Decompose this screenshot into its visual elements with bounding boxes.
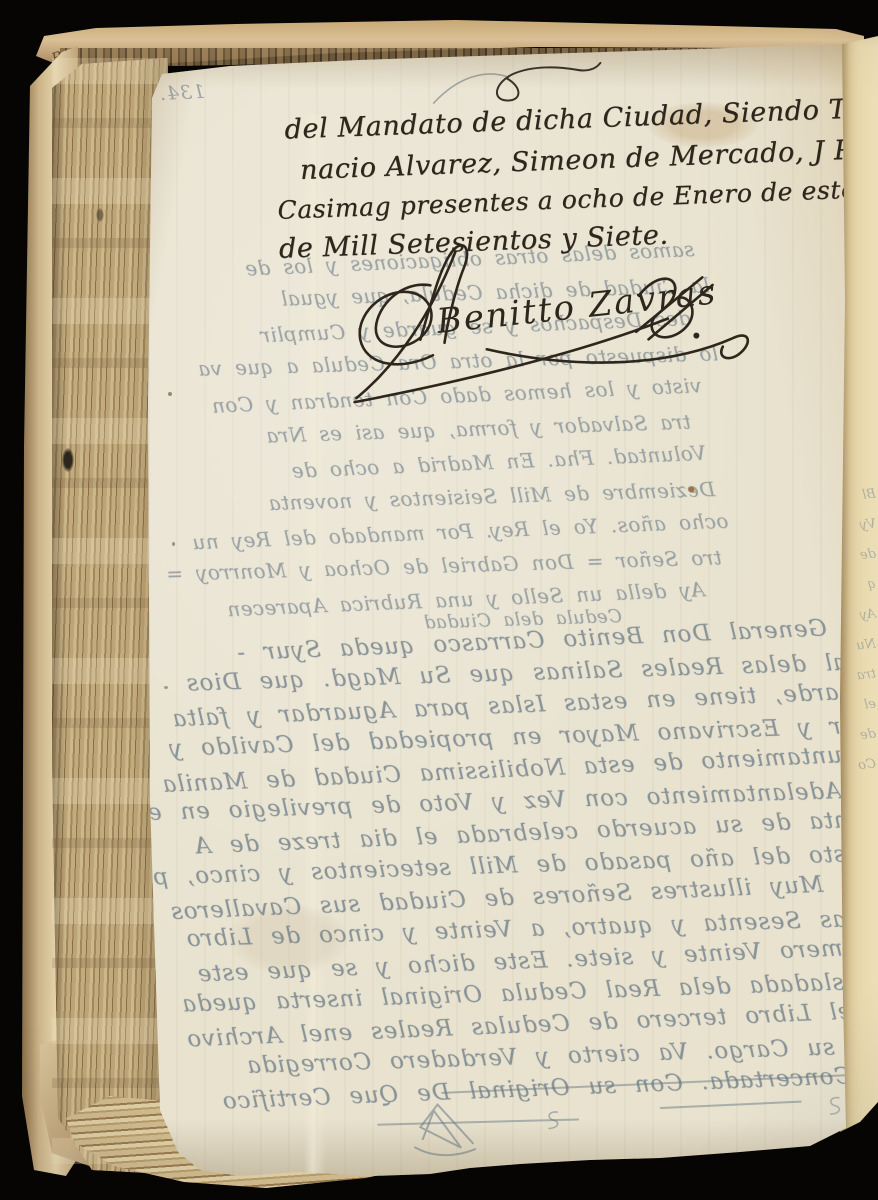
showthrough-fragment: de: [845, 726, 876, 744]
showthrough-fragment: q: [845, 576, 876, 594]
ink-text-layer: del Mandato de dicha Ciudad, Siendo Test…: [144, 31, 878, 1189]
showthrough-fragment: Nu: [845, 636, 876, 654]
showthrough-fragment: Vy: [845, 516, 876, 534]
signature: Benitto Zavras: [333, 231, 775, 415]
ink-speck: [96, 208, 104, 222]
showthrough-fragment: de: [845, 546, 876, 564]
showthrough-fragment: Co: [845, 756, 876, 774]
ink-blot: [62, 448, 74, 472]
signature-ink-dot: [693, 332, 699, 338]
showthrough-fragment: tra: [845, 666, 876, 684]
showthrough-fragment: el: [845, 696, 876, 714]
showthrough-fragment: Ay: [845, 606, 876, 624]
signature-name: Benitto Zavras: [434, 272, 719, 342]
manuscript-page: 134. samos delas otras obligaciones y lo…: [148, 44, 866, 1176]
photograph-background: R Bl Vy de q Ay Nu tra el de Co 134. sam…: [0, 0, 878, 1200]
showthrough-fragment: Bl: [845, 486, 876, 504]
